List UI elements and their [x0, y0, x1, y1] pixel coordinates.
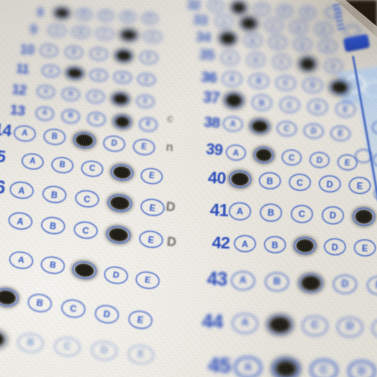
- question-number-45: 45: [208, 354, 231, 377]
- bubble-q40-D: D: [319, 175, 341, 193]
- question-number-9: 9: [30, 21, 38, 36]
- bubble-q12-A: A: [36, 84, 55, 99]
- question-row-20: BCDE: [0, 325, 168, 367]
- bubble-letter: E: [144, 274, 151, 285]
- bubble-letter: E: [146, 53, 151, 60]
- bubble-q36-B: B: [249, 73, 270, 90]
- question-row-9: 9ABCE: [30, 23, 171, 44]
- question-number-12: 12: [11, 81, 27, 97]
- bubble-q11-E: E: [137, 72, 155, 86]
- bubble-letter: A: [42, 110, 48, 117]
- question-number-37: 37: [202, 89, 220, 108]
- bubble-q8-E: E: [142, 13, 158, 25]
- bubble-q19-D: D: [93, 304, 120, 325]
- bubble-q37-D: D: [307, 98, 328, 115]
- question-row-11: 11ACDE: [15, 62, 164, 87]
- bubble-letter: C: [288, 152, 295, 162]
- bubble-letter: D: [329, 210, 336, 220]
- bubble-q37-A-filled: [223, 92, 244, 109]
- bubble-letter: C: [83, 194, 91, 205]
- bubble-q13-A: A: [35, 106, 55, 121]
- bubble-letter: A: [230, 120, 237, 129]
- bubble-letter: C: [69, 303, 77, 314]
- bubble-letter: B: [266, 176, 273, 186]
- bubble-q20-E: E: [127, 344, 155, 366]
- bubble-letter: A: [232, 147, 239, 157]
- bubble-q38-B-filled: [249, 118, 270, 135]
- bubble-letter: B: [256, 77, 262, 86]
- bubble-q10-E: E: [139, 50, 158, 64]
- bubble-q38-E: E: [330, 125, 351, 142]
- bubble-letter: D: [358, 365, 367, 377]
- bubble-q19-B: B: [26, 292, 53, 313]
- bubble-q33-C: C: [264, 18, 283, 34]
- question-number-8: 8: [37, 5, 44, 19]
- bubble-q17-B: B: [40, 216, 66, 236]
- bubble-q45-C: C: [310, 359, 338, 377]
- bubble-q35-B: B: [246, 51, 266, 67]
- question-row-43: 43ABDE: [207, 270, 377, 296]
- bubble-letter: B: [26, 338, 34, 350]
- bubble-q43-B: B: [264, 272, 289, 292]
- bubble-q12-B: B: [61, 86, 80, 101]
- bubble-letter: C: [96, 50, 101, 57]
- bubble-q42-B: B: [264, 236, 286, 254]
- bubble-letter: D: [111, 139, 118, 149]
- bubble-q44-A: A: [232, 313, 258, 334]
- bubble-q39-C: C: [281, 149, 302, 167]
- bubble-letter: A: [48, 67, 53, 74]
- bubble-q45-B-filled: [272, 357, 300, 377]
- bubble-letter: A: [21, 129, 28, 139]
- stray-gray-glyph: D: [166, 235, 177, 249]
- bubble-q10-B: B: [64, 45, 83, 59]
- bubble-q14-D: D: [103, 135, 126, 153]
- bubble-q16-B: B: [42, 185, 68, 205]
- bubble-letter: A: [18, 185, 26, 196]
- bubble-letter: E: [149, 171, 155, 181]
- bubble-letter: E: [147, 234, 154, 245]
- bubble-q12-C: C: [86, 89, 105, 104]
- bubble-q43-D: D: [332, 275, 357, 295]
- bubble-q32-E: E: [299, 6, 317, 20]
- bubble-letter: E: [148, 16, 152, 22]
- bubble-letter: E: [331, 61, 337, 70]
- bubble-q14-E: E: [132, 138, 155, 156]
- bubble-letter: C: [283, 124, 290, 133]
- question-number-33: 33: [192, 11, 208, 28]
- bubble-letter: C: [279, 57, 285, 66]
- bubble-letter: C: [286, 100, 293, 110]
- question-row-41: 41ABCD: [210, 201, 377, 226]
- bubble-letter: C: [96, 72, 101, 79]
- bubble-q32-C: C: [253, 3, 271, 17]
- question-number-43: 43: [207, 269, 228, 292]
- bubble-q17-C: C: [73, 221, 99, 241]
- bubble-q37-C: C: [279, 96, 300, 113]
- bubble-q38-C: C: [276, 121, 297, 138]
- bubble-q16-D-filled: [107, 194, 133, 214]
- bubble-q34-B: B: [243, 33, 262, 49]
- question-number-35: 35: [198, 47, 214, 64]
- bubble-letter: B: [273, 277, 281, 288]
- question-number-16: 16: [0, 176, 6, 199]
- bubble-q20-A-filled: [0, 329, 8, 351]
- bubble-letter: A: [239, 276, 247, 287]
- bubble-letter: E: [344, 157, 350, 167]
- bubble-letter: B: [267, 208, 274, 218]
- bubble-letter: D: [125, 14, 130, 20]
- bubble-letter: C: [94, 115, 100, 122]
- bubble-q38-A: A: [223, 116, 244, 133]
- bubble-q9-D-filled: [120, 28, 138, 41]
- bubble-q37-B: B: [251, 94, 272, 111]
- bubble-q36-E-filled: [329, 79, 350, 96]
- partial-bubble-edge: [325, 7, 341, 18]
- question-row-10: 10ABCE: [20, 42, 168, 65]
- bubble-q35-D-filled: [298, 55, 318, 71]
- bubble-q33-E: E: [314, 21, 333, 37]
- question-row-45: 45ACDE: [208, 355, 377, 377]
- bubble-letter: B: [51, 190, 59, 201]
- bubble-q8-D: D: [120, 11, 136, 23]
- partial-bubble-edge: [344, 25, 360, 37]
- bubble-letter: C: [102, 30, 107, 37]
- bubble-q8-A-filled: [54, 7, 70, 19]
- bubble-letter: D: [341, 279, 349, 290]
- bubble-q11-C: C: [90, 68, 108, 82]
- bubble-letter: D: [309, 81, 315, 90]
- question-number-13: 13: [9, 102, 25, 119]
- bubble-q44-D: D: [337, 317, 363, 338]
- bubble-q42-E: E: [354, 239, 376, 257]
- bubble-letter: D: [316, 155, 323, 165]
- question-number-44: 44: [202, 310, 224, 334]
- bubble-q17-D-filled: [105, 225, 131, 245]
- bubble-letter: E: [146, 121, 151, 128]
- bubble-q33-D: D: [289, 20, 308, 36]
- bubble-letter: C: [93, 92, 99, 99]
- bubble-q13-E: E: [138, 117, 158, 132]
- bubble-letter: D: [326, 179, 333, 189]
- bubble-letter: D: [314, 102, 321, 112]
- question-number-40: 40: [207, 168, 226, 189]
- bubble-letter: E: [137, 349, 145, 361]
- bubble-letter: D: [103, 309, 111, 320]
- bubble-q45-D: D: [348, 360, 376, 377]
- bubble-q33-A: A: [214, 14, 233, 30]
- bubble-letter: B: [258, 97, 265, 107]
- bubble-q15-C: C: [81, 160, 104, 178]
- bubble-q35-C: C: [272, 53, 292, 69]
- bubble-letter: E: [143, 97, 148, 104]
- bubble-letter: A: [213, 3, 218, 10]
- question-number-42: 42: [212, 233, 230, 254]
- bubble-q16-A: A: [9, 181, 35, 201]
- bubble-letter: B: [68, 90, 74, 97]
- bubble-q40-B: B: [259, 172, 281, 190]
- bubble-q13-C: C: [86, 111, 106, 126]
- bubble-q12-E: E: [136, 94, 155, 109]
- bubble-q38-D: D: [303, 123, 324, 140]
- bubble-q10-D-filled: [114, 48, 133, 62]
- bubble-q11-B-filled: [66, 66, 84, 80]
- bubble-letter: A: [29, 157, 36, 167]
- stray-gray-glyph: D: [165, 200, 176, 214]
- bubble-q43-C-filled: [298, 274, 323, 294]
- bubble-q19-C: C: [60, 298, 87, 319]
- question-number-36: 36: [200, 69, 217, 87]
- bubble-q37-E: E: [335, 100, 356, 117]
- bubble-letter: D: [300, 40, 306, 49]
- bubble-letter: B: [59, 160, 66, 170]
- bubble-q19-E: E: [127, 309, 154, 330]
- bubble-letter: B: [78, 28, 83, 35]
- bubble-q8-B: B: [76, 9, 92, 21]
- bubble-letter: A: [242, 239, 249, 249]
- bubble-q39-D: D: [309, 151, 330, 169]
- bubble-letter: E: [337, 129, 343, 138]
- bubble-letter: A: [236, 206, 243, 216]
- bubble-q32-B-filled: [230, 1, 248, 15]
- bubble-q10-A: A: [39, 43, 58, 57]
- bubble-letter: A: [17, 216, 25, 227]
- bubble-letter: A: [43, 88, 49, 95]
- bubble-q34-C: C: [268, 35, 287, 51]
- bubble-q10-C: C: [89, 46, 108, 60]
- answer-sheet-photo: 8BCDE9ABCE10ABCE11ACDE12ABCE13ABCE14ABDE…: [0, 0, 377, 377]
- bubble-q40-E: E: [349, 177, 371, 195]
- bubble-q34-D: D: [293, 37, 312, 53]
- bubble-letter: D: [346, 322, 354, 333]
- bubble-letter: B: [82, 12, 87, 18]
- bubble-letter: C: [89, 164, 96, 174]
- bubble-q32-A: A: [207, 0, 225, 13]
- bubble-letter: A: [17, 254, 25, 265]
- bubble-letter: B: [49, 259, 57, 270]
- bubble-q35-A: A: [220, 49, 240, 65]
- bubble-letter: B: [272, 240, 279, 250]
- bubble-q19-A-filled: [0, 287, 20, 308]
- bubble-q34-A-filled: [218, 31, 237, 47]
- bubble-q41-A: A: [228, 202, 251, 221]
- bubble-q16-E: E: [140, 198, 166, 218]
- bubble-q9-A: A: [48, 24, 66, 37]
- bubble-letter: C: [104, 13, 109, 19]
- bubble-q42-A: A: [234, 235, 256, 253]
- bubble-q32-D: D: [276, 5, 294, 19]
- bubble-q42-D: D: [324, 238, 346, 256]
- bubble-q36-C: C: [275, 75, 296, 92]
- bubble-q41-B: B: [259, 203, 282, 222]
- bubble-q43-E: E: [366, 276, 377, 296]
- bubble-letter: D: [282, 8, 287, 15]
- question-row-8: 8BCDE: [37, 6, 166, 25]
- bubble-q11-D: D: [113, 70, 131, 84]
- bubble-letter: D: [100, 345, 108, 357]
- stray-gray-glyph: c: [167, 114, 174, 125]
- bubble-letter: B: [68, 113, 74, 120]
- bubble-q15-D-filled: [110, 163, 133, 181]
- bubble-letter: A: [46, 46, 51, 53]
- bubble-letter: B: [51, 132, 58, 142]
- bubble-q41-C: C: [290, 205, 313, 224]
- bubble-q18-A: A: [9, 250, 34, 270]
- bubble-q41-D: D: [321, 206, 344, 225]
- bubble-q11-A: A: [42, 64, 60, 78]
- question-number-41: 41: [210, 199, 229, 221]
- bubble-q17-E: E: [138, 230, 164, 250]
- bubble-letter: A: [227, 53, 233, 62]
- bubble-letter: E: [325, 42, 331, 51]
- bubble-q15-E: E: [140, 167, 163, 185]
- blue-printed-block: [343, 34, 370, 53]
- bubble-letter: C: [311, 320, 319, 331]
- bubble-letter: C: [82, 225, 90, 236]
- bubble-letter: E: [137, 314, 145, 325]
- bubble-q13-B: B: [61, 109, 81, 124]
- question-number-34: 34: [195, 28, 211, 45]
- bubble-q16-C: C: [74, 189, 100, 209]
- question-row-18: ABDE: [0, 242, 172, 292]
- stray-gray-glyph: n: [165, 141, 173, 154]
- bubble-q12-D-filled: [111, 91, 130, 106]
- bubble-letter: B: [253, 55, 259, 64]
- bubble-q9-E: E: [144, 30, 162, 43]
- bubble-letter: E: [305, 10, 310, 17]
- question-number-38: 38: [203, 114, 220, 132]
- bubble-letter: E: [150, 33, 155, 40]
- question-number-11: 11: [15, 61, 29, 77]
- bubble-letter: B: [71, 48, 76, 55]
- bubble-letter: E: [321, 25, 327, 34]
- question-number-39: 39: [205, 141, 223, 160]
- bubble-q20-B: B: [16, 333, 44, 355]
- bubble-letter: C: [259, 6, 264, 13]
- bubble-q14-B: B: [43, 128, 66, 146]
- bubble-letter: D: [296, 23, 302, 32]
- bubble-q20-D: D: [90, 340, 118, 362]
- bubble-q35-E: E: [324, 57, 344, 73]
- bubble-q40-A-filled: [229, 171, 251, 189]
- bubble-q9-B: B: [72, 25, 90, 38]
- bubble-q45-A: A: [234, 356, 262, 377]
- bubble-q15-A: A: [21, 152, 44, 170]
- bubble-letter: D: [332, 242, 339, 252]
- bubble-letter: E: [144, 76, 149, 83]
- bubble-q33-B-filled: [239, 16, 258, 32]
- question-row-19: BCDE: [0, 280, 166, 332]
- bubble-q36-D: D: [302, 77, 323, 94]
- bubble-q44-B-filled: [267, 314, 293, 335]
- bubble-q14-A: A: [13, 125, 36, 143]
- bubble-q34-E: E: [318, 39, 337, 55]
- bubble-letter: A: [229, 75, 235, 84]
- bubble-letter: B: [36, 298, 44, 309]
- bubble-letter: C: [271, 21, 277, 30]
- bubble-q20-C: C: [53, 336, 81, 358]
- bubble-q8-C: C: [98, 10, 114, 22]
- bubble-letter: C: [282, 79, 288, 88]
- bubble-letter: C: [296, 178, 303, 188]
- bubble-q18-D: D: [103, 265, 128, 285]
- bubble-q40-C: C: [289, 174, 311, 192]
- bubble-letter: D: [310, 127, 317, 136]
- bubble-letter: E: [357, 181, 363, 191]
- bubble-letter: A: [54, 27, 59, 34]
- bubble-q18-C-filled: [72, 260, 97, 280]
- bubble-q39-A: A: [225, 144, 246, 162]
- bubble-letter: A: [244, 361, 253, 373]
- bubble-letter: C: [298, 209, 305, 219]
- bubble-q15-B: B: [51, 156, 74, 174]
- bubble-q44-C: C: [302, 316, 328, 337]
- question-row-40: 40BCDE: [208, 169, 377, 195]
- question-row-39: 39ACDE: [205, 142, 368, 172]
- bubble-letter: C: [320, 364, 329, 376]
- question-number-10: 10: [19, 41, 34, 57]
- bubble-q14-C-filled: [73, 131, 96, 149]
- bubble-letter: D: [112, 269, 120, 280]
- bubble-letter: A: [241, 318, 249, 329]
- bubble-letter: C: [275, 38, 281, 47]
- bubble-q39-B-filled: [253, 146, 274, 164]
- question-row-42: 42ABDE: [212, 234, 377, 257]
- bubble-q9-C: C: [96, 27, 114, 40]
- partial-bubble-edge: [355, 149, 372, 163]
- bubble-q44-E: E: [372, 318, 377, 339]
- bubble-letter: D: [120, 74, 125, 81]
- bubble-letter: E: [149, 203, 156, 214]
- bubble-q18-E: E: [135, 270, 160, 290]
- bubble-letter: B: [49, 221, 57, 232]
- bubble-letter: B: [250, 36, 256, 45]
- bubble-q42-C-filled: [294, 237, 316, 255]
- question-row-38: 38ACDE: [203, 114, 360, 143]
- bubble-letter: E: [342, 104, 348, 114]
- bubble-q43-A: A: [230, 271, 255, 291]
- bubble-q13-D-filled: [112, 114, 132, 129]
- bubble-q17-A: A: [7, 211, 33, 231]
- question-row-44: 44ACDE: [202, 312, 377, 339]
- bubble-q36-A: A: [222, 71, 243, 88]
- question-number-14: 14: [0, 121, 12, 142]
- question-number-15: 15: [0, 147, 6, 168]
- bubble-q18-B: B: [40, 255, 65, 275]
- bubble-letter: E: [362, 243, 368, 253]
- bubble-letter: E: [141, 142, 147, 152]
- bubble-letter: C: [63, 341, 71, 353]
- bubble-letter: A: [221, 17, 227, 26]
- bubble-q41-E-filled: [352, 207, 375, 226]
